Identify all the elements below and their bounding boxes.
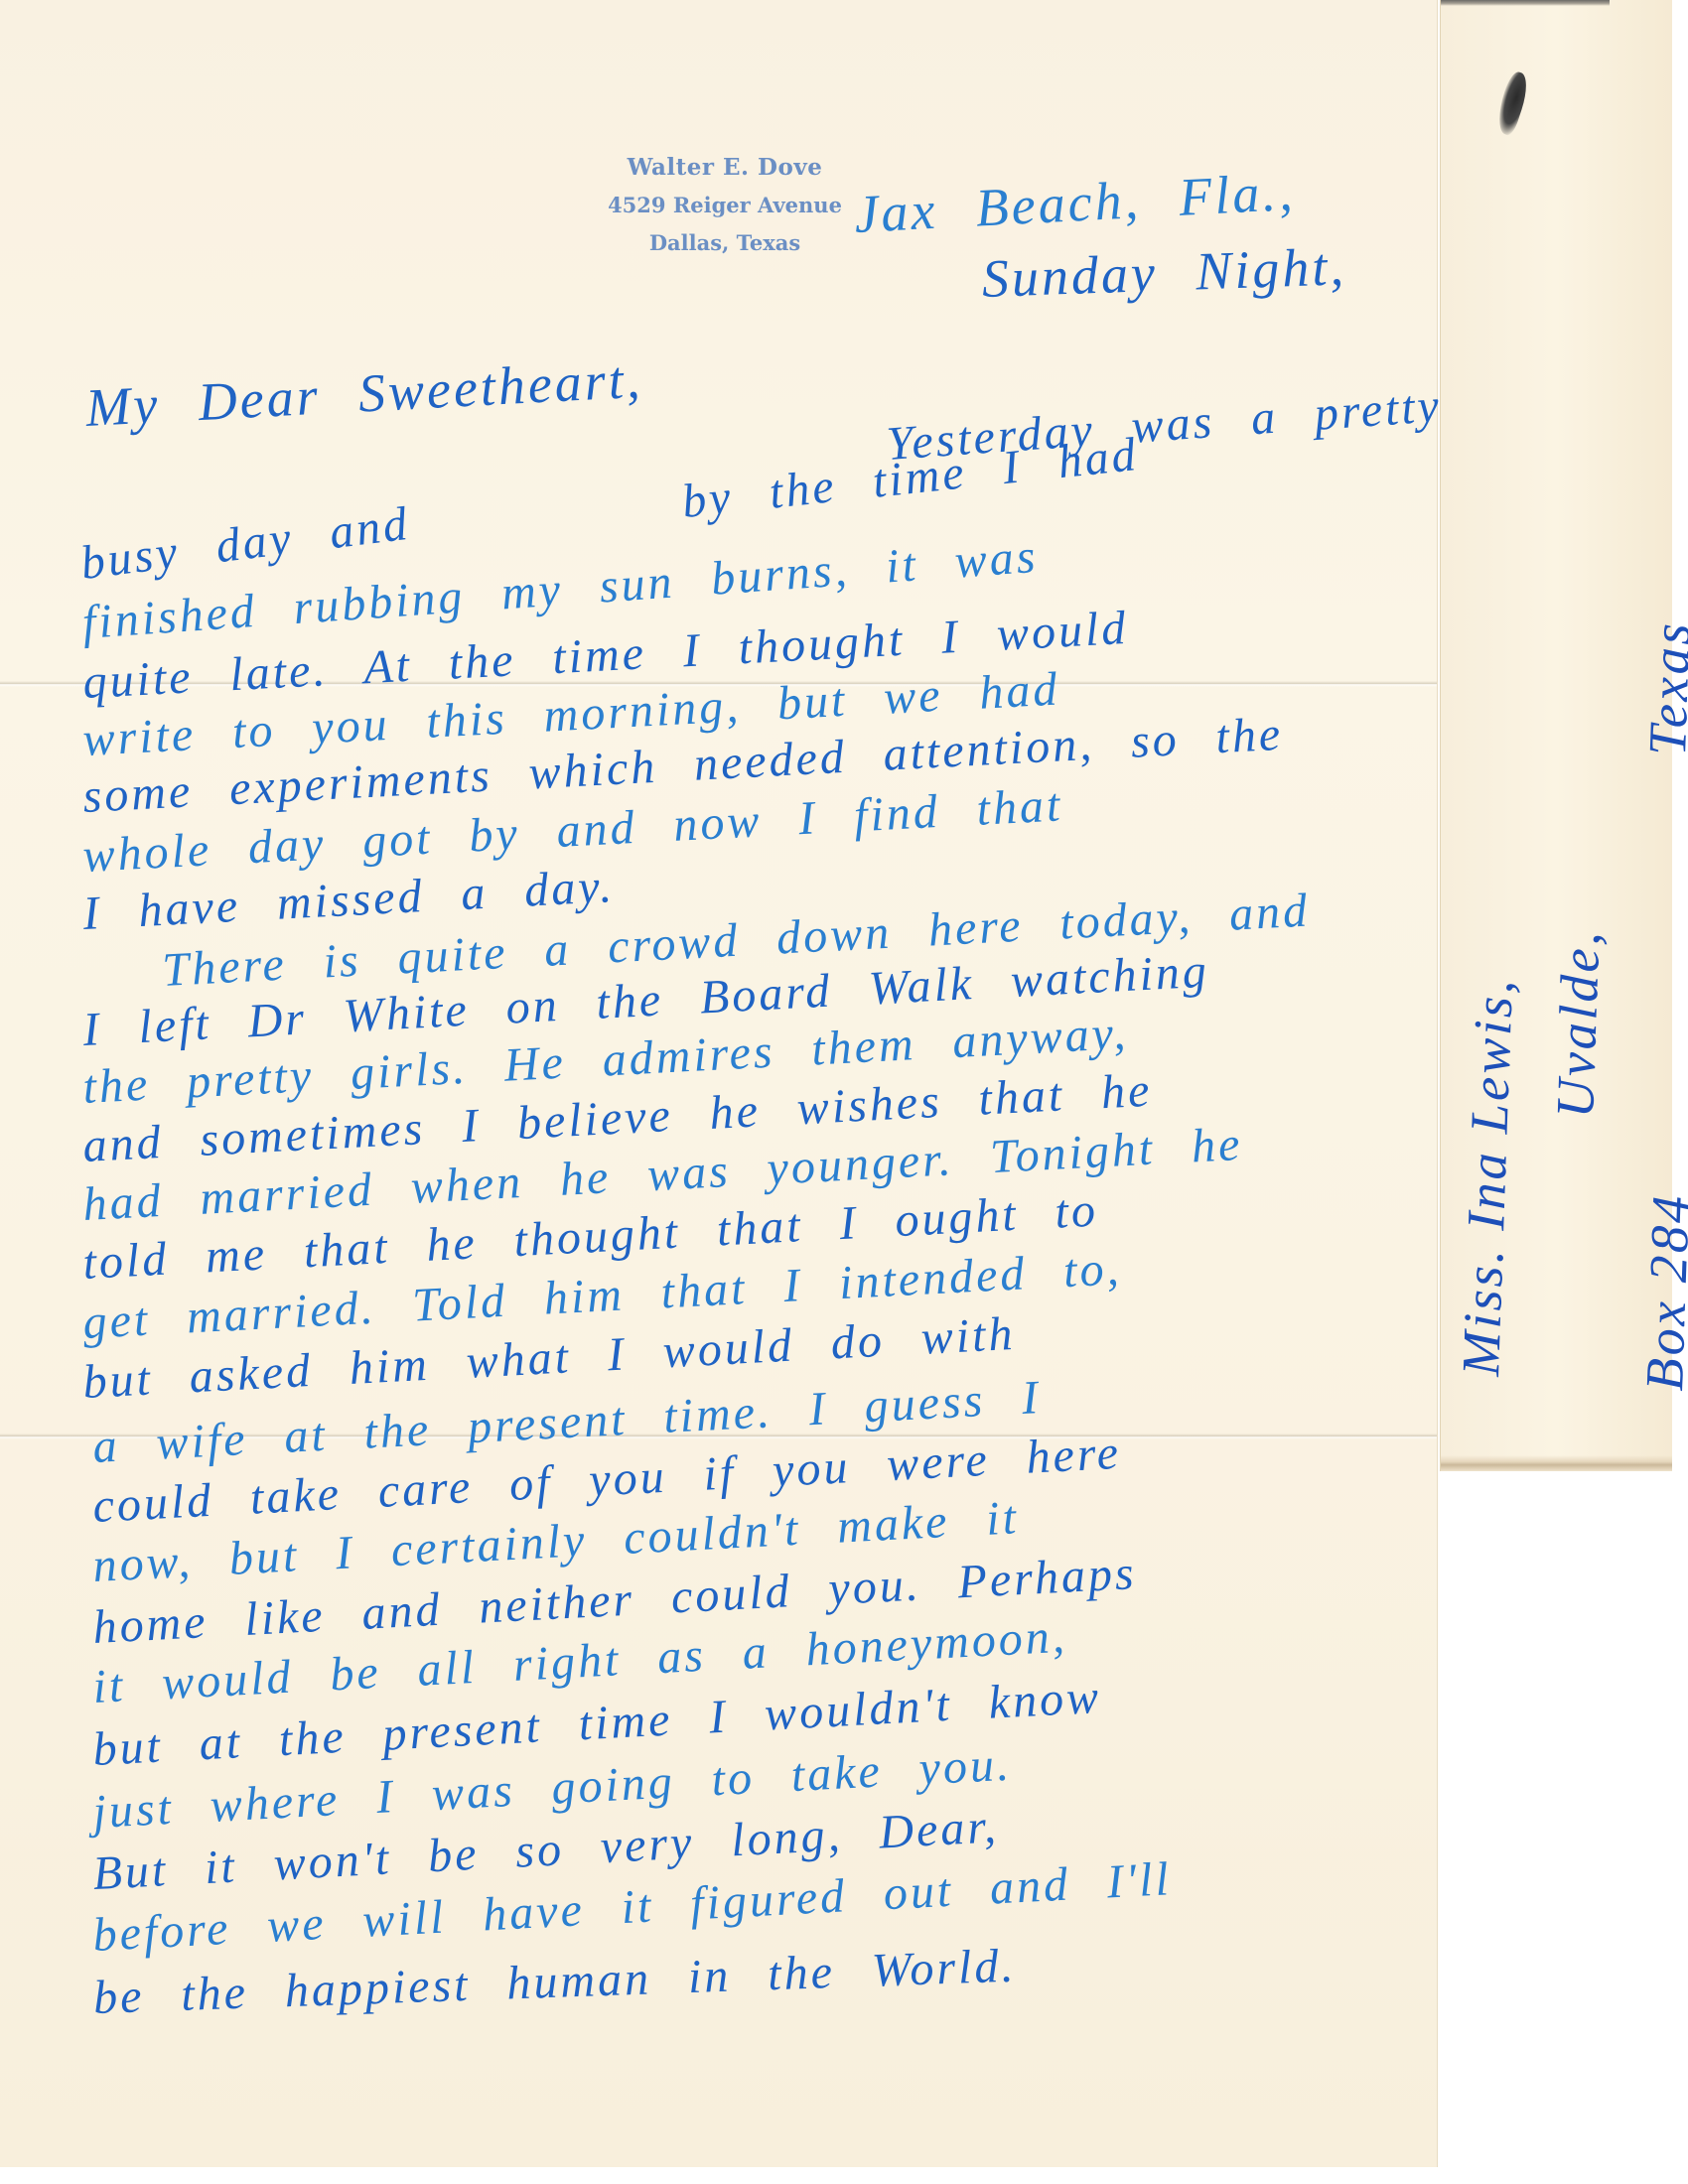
letter-page: Walter E. Dove 4529 Reiger Avenue Dallas… [0,0,1437,2167]
letterhead-address: 4529 Reiger Avenue [556,187,894,224]
heading-place: Jax Beach, Fla., [853,161,1297,245]
salutation: My Dear Sweetheart, [84,348,644,439]
letterhead-name: Walter E. Dove [556,149,894,187]
letterhead: Walter E. Dove 4529 Reiger Avenue Dallas… [556,149,894,262]
envelope-bottom-edge [1441,1455,1672,1471]
envelope-city: Uvalde, [1544,928,1613,1119]
envelope-state: Texas [1636,619,1688,756]
envelope-box: Box 284 [1633,1192,1688,1392]
envelope-torn-edge [1441,0,1610,6]
heading-day: Sunday Night, [981,235,1347,310]
letterhead-city: Dallas, Texas [556,224,894,262]
